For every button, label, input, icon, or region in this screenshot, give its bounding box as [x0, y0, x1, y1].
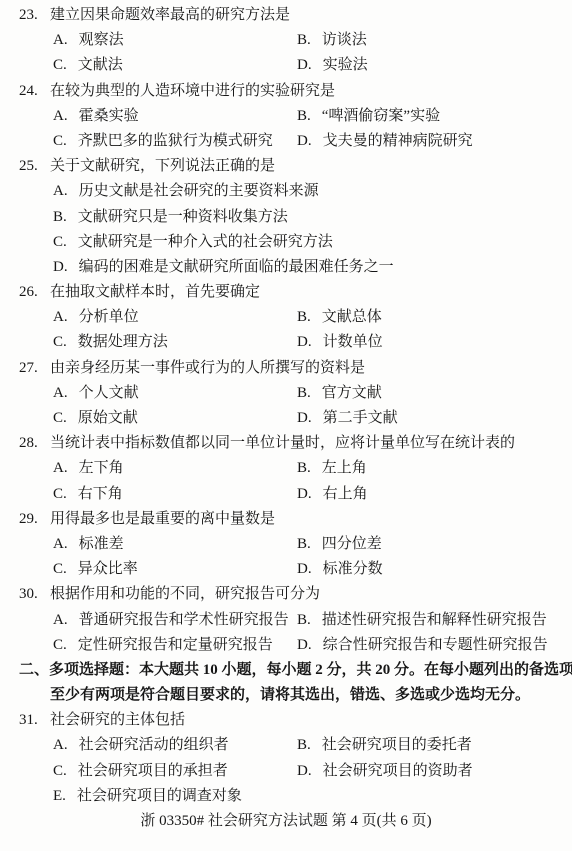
question-stem: 根据作用和功能的不同，研究报告可分为 [50, 582, 320, 607]
option-row: A.左下角 B.左上角 [0, 456, 572, 481]
question-23: 23. 建立因果命题效率最高的研究方法是 A.观察法 B.访谈法 C.文献法 D… [0, 3, 572, 79]
option-text: 右上角 [323, 486, 368, 502]
section-heading-line-2: 至少有两项是符合题目要求的，请将其选出，错选、多选或少选均无分。 [0, 683, 572, 708]
option-a: A.霍桑实验 [53, 104, 139, 129]
option-label: A. [53, 108, 68, 124]
option-b: B.访谈法 [297, 28, 367, 53]
question-stem-row: 25. 关于文献研究，下列说法正确的是 [0, 154, 572, 179]
option-text: 右下角 [78, 486, 123, 502]
option-a: A.个人文献 [53, 381, 139, 406]
option-text: 个人文献 [79, 385, 139, 401]
option-text: 定性研究报告和定量研究报告 [78, 637, 273, 653]
option-row: A.标准差 B.四分位差 [0, 532, 572, 557]
question-number: 25. [19, 154, 38, 179]
option-label: C. [53, 57, 67, 73]
option-text: 文献法 [78, 57, 123, 73]
option-label: B. [297, 612, 311, 628]
question-stem: 由亲身经历某一事件或行为的人所撰写的资料是 [50, 356, 365, 381]
question-stem-row: 23. 建立因果命题效率最高的研究方法是 [0, 3, 572, 28]
option-label: B. [297, 108, 311, 124]
option-text: 左下角 [79, 460, 124, 476]
question-number: 26. [19, 280, 38, 305]
option-text: 计数单位 [323, 334, 383, 350]
option-text: 戈夫曼的精神病院研究 [323, 133, 473, 149]
question-stem: 关于文献研究，下列说法正确的是 [50, 154, 275, 179]
option-text: 标准分数 [323, 561, 383, 577]
option-row: A.普通研究报告和学术性研究报告 B.描述性研究报告和解释性研究报告 [0, 608, 572, 633]
option-text: “啤酒偷窃案”实验 [322, 108, 440, 124]
question-stem-row: 29. 用得最多也是最重要的离中量数是 [0, 507, 572, 532]
option-text: 编码的困难是文献研究所面临的最困难任务之一 [79, 259, 394, 275]
option-row: A.历史文献是社会研究的主要资料来源 [0, 179, 572, 204]
question-stem-row: 30. 根据作用和功能的不同，研究报告可分为 [0, 582, 572, 607]
question-number: 24. [19, 79, 38, 104]
option-text: 访谈法 [322, 32, 367, 48]
option-text: 官方文献 [322, 385, 382, 401]
option-text: 第二手文献 [323, 410, 398, 426]
option-c: C.齐默巴多的监狱行为模式研究 [53, 129, 273, 154]
option-row: A.分析单位 B.文献总体 [0, 305, 572, 330]
option-a: A.历史文献是社会研究的主要资料来源 [53, 179, 319, 204]
option-b: B.左上角 [297, 456, 367, 481]
option-label: B. [297, 385, 311, 401]
option-b: B.官方文献 [297, 381, 382, 406]
option-row: C.文献法 D.实验法 [0, 53, 572, 78]
option-b: B.社会研究项目的委托者 [297, 733, 472, 758]
option-b: B.描述性研究报告和解释性研究报告 [297, 608, 547, 633]
question-stem: 建立因果命题效率最高的研究方法是 [50, 3, 290, 28]
option-label: C. [53, 486, 67, 502]
option-d: D.社会研究项目的资助者 [297, 759, 473, 784]
question-number: 31. [19, 708, 38, 733]
option-label: B. [297, 737, 311, 753]
option-row: A.个人文献 B.官方文献 [0, 381, 572, 406]
question-25: 25. 关于文献研究，下列说法正确的是 A.历史文献是社会研究的主要资料来源 B… [0, 154, 572, 280]
option-text: 社会研究项目的委托者 [322, 737, 472, 753]
option-b: B.文献研究只是一种资料收集方法 [53, 205, 288, 230]
option-b: B.四分位差 [297, 532, 382, 557]
question-stem: 在抽取文献样本时，首先要确定 [50, 280, 260, 305]
option-text: 社会研究项目的调查对象 [77, 788, 242, 804]
option-d: D.计数单位 [297, 330, 383, 355]
option-label: B. [297, 460, 311, 476]
option-label: B. [297, 32, 311, 48]
option-row: A.观察法 B.访谈法 [0, 28, 572, 53]
option-row: A.霍桑实验 B.“啤酒偷窃案”实验 [0, 104, 572, 129]
option-label: C. [53, 637, 67, 653]
option-label: D. [297, 57, 312, 73]
question-stem: 社会研究的主体包括 [50, 708, 185, 733]
option-text: 普通研究报告和学术性研究报告 [79, 612, 289, 628]
option-text: 社会研究项目的承担者 [78, 763, 228, 779]
option-row: C.右下角 D.右上角 [0, 482, 572, 507]
option-text: 分析单位 [79, 309, 139, 325]
option-label: B. [297, 309, 311, 325]
option-label: C. [53, 234, 67, 250]
option-label: A. [53, 460, 68, 476]
option-text: 描述性研究报告和解释性研究报告 [322, 612, 547, 628]
option-row: D.编码的困难是文献研究所面临的最困难任务之一 [0, 255, 572, 280]
option-label: E. [53, 788, 66, 804]
option-text: 霍桑实验 [79, 108, 139, 124]
option-label: C. [53, 410, 67, 426]
question-number: 27. [19, 356, 38, 381]
option-label: C. [53, 763, 67, 779]
question-number: 30. [19, 582, 38, 607]
option-c: C.文献法 [53, 53, 123, 78]
option-label: A. [53, 737, 68, 753]
question-30: 30. 根据作用和功能的不同，研究报告可分为 A.普通研究报告和学术性研究报告 … [0, 582, 572, 658]
option-b: B.“啤酒偷窃案”实验 [297, 104, 440, 129]
option-text: 标准差 [79, 536, 124, 552]
option-text: 历史文献是社会研究的主要资料来源 [79, 183, 319, 199]
option-label: D. [297, 334, 312, 350]
option-label: D. [297, 561, 312, 577]
option-a: A.社会研究活动的组织者 [53, 733, 229, 758]
question-number: 28. [19, 431, 38, 456]
option-label: C. [53, 133, 67, 149]
option-row: C.定性研究报告和定量研究报告 D.综合性研究报告和专题性研究报告 [0, 633, 572, 658]
option-text: 综合性研究报告和专题性研究报告 [323, 637, 548, 653]
question-stem-row: 31. 社会研究的主体包括 [0, 708, 572, 733]
question-number: 23. [19, 3, 38, 28]
question-stem-row: 28. 当统计表中指标数值都以同一单位计量时，应将计量单位写在统计表的 [0, 431, 572, 456]
section-2-heading: 二、多项选择题：本大题共 10 小题，每小题 2 分，共 20 分。在每小题列出… [0, 658, 572, 708]
option-e: E.社会研究项目的调查对象 [53, 784, 242, 809]
option-c: C.文献研究是一种介入式的社会研究方法 [53, 230, 333, 255]
option-c: C.定性研究报告和定量研究报告 [53, 633, 273, 658]
option-text: 文献研究是一种介入式的社会研究方法 [78, 234, 333, 250]
question-31: 31. 社会研究的主体包括 A.社会研究活动的组织者 B.社会研究项目的委托者 … [0, 708, 572, 809]
option-a: A.左下角 [53, 456, 124, 481]
option-label: D. [53, 259, 68, 275]
option-text: 观察法 [79, 32, 124, 48]
option-a: A.分析单位 [53, 305, 139, 330]
option-label: D. [297, 133, 312, 149]
option-text: 数据处理方法 [78, 334, 168, 350]
footer-text: 浙 03350# 社会研究方法试题 第 4 页(共 6 页) [26, 809, 546, 834]
option-d: D.标准分数 [297, 557, 383, 582]
option-text: 文献总体 [322, 309, 382, 325]
option-label: C. [53, 561, 67, 577]
option-d: D.戈夫曼的精神病院研究 [297, 129, 473, 154]
option-d: D.综合性研究报告和专题性研究报告 [297, 633, 548, 658]
option-a: A.标准差 [53, 532, 124, 557]
question-28: 28. 当统计表中指标数值都以同一单位计量时，应将计量单位写在统计表的 A.左下… [0, 431, 572, 507]
option-d: D.右上角 [297, 482, 368, 507]
option-row: C.齐默巴多的监狱行为模式研究 D.戈夫曼的精神病院研究 [0, 129, 572, 154]
option-label: D. [297, 763, 312, 779]
option-row: E.社会研究项目的调查对象 [0, 784, 572, 809]
option-d: D.编码的困难是文献研究所面临的最困难任务之一 [53, 255, 394, 280]
option-b: B.文献总体 [297, 305, 382, 330]
option-text: 原始文献 [78, 410, 138, 426]
question-stem: 在较为典型的人造环境中进行的实验研究是 [50, 79, 335, 104]
option-row: C.异众比率 D.标准分数 [0, 557, 572, 582]
option-label: A. [53, 183, 68, 199]
question-29: 29. 用得最多也是最重要的离中量数是 A.标准差 B.四分位差 C.异众比率 … [0, 507, 572, 583]
question-stem-row: 26. 在抽取文献样本时，首先要确定 [0, 280, 572, 305]
question-24: 24. 在较为典型的人造环境中进行的实验研究是 A.霍桑实验 B.“啤酒偷窃案”… [0, 79, 572, 155]
question-stem-row: 27. 由亲身经历某一事件或行为的人所撰写的资料是 [0, 356, 572, 381]
option-label: D. [297, 637, 312, 653]
option-c: C.异众比率 [53, 557, 138, 582]
option-c: C.数据处理方法 [53, 330, 168, 355]
option-text: 齐默巴多的监狱行为模式研究 [78, 133, 273, 149]
option-d: D.第二手文献 [297, 406, 398, 431]
option-label: D. [297, 486, 312, 502]
option-text: 四分位差 [322, 536, 382, 552]
option-label: A. [53, 32, 68, 48]
option-label: D. [297, 410, 312, 426]
option-text: 社会研究活动的组织者 [79, 737, 229, 753]
option-label: A. [53, 536, 68, 552]
option-row: C.原始文献 D.第二手文献 [0, 406, 572, 431]
page-footer: 浙 03350# 社会研究方法试题 第 4 页(共 6 页) [0, 809, 572, 834]
option-row: C.数据处理方法 D.计数单位 [0, 330, 572, 355]
option-label: A. [53, 309, 68, 325]
exam-page: 23. 建立因果命题效率最高的研究方法是 A.观察法 B.访谈法 C.文献法 D… [0, 0, 572, 851]
question-number: 29. [19, 507, 38, 532]
option-text: 实验法 [323, 57, 368, 73]
option-text: 社会研究项目的资助者 [323, 763, 473, 779]
option-a: A.观察法 [53, 28, 124, 53]
option-c: C.右下角 [53, 482, 123, 507]
option-row: B.文献研究只是一种资料收集方法 [0, 205, 572, 230]
option-a: A.普通研究报告和学术性研究报告 [53, 608, 289, 633]
option-text: 文献研究只是一种资料收集方法 [78, 209, 288, 225]
question-27: 27. 由亲身经历某一事件或行为的人所撰写的资料是 A.个人文献 B.官方文献 … [0, 356, 572, 432]
question-stem: 用得最多也是最重要的离中量数是 [50, 507, 275, 532]
option-c: C.原始文献 [53, 406, 138, 431]
option-label: C. [53, 334, 67, 350]
option-text: 左上角 [322, 460, 367, 476]
option-row: A.社会研究活动的组织者 B.社会研究项目的委托者 [0, 733, 572, 758]
section-heading-line-1: 二、多项选择题：本大题共 10 小题，每小题 2 分，共 20 分。在每小题列出… [0, 658, 572, 683]
option-label: B. [297, 536, 311, 552]
option-label: A. [53, 385, 68, 401]
option-text: 异众比率 [78, 561, 138, 577]
option-d: D.实验法 [297, 53, 368, 78]
question-26: 26. 在抽取文献样本时，首先要确定 A.分析单位 B.文献总体 C.数据处理方… [0, 280, 572, 356]
option-c: C.社会研究项目的承担者 [53, 759, 228, 784]
option-row: C.社会研究项目的承担者 D.社会研究项目的资助者 [0, 759, 572, 784]
question-stem-row: 24. 在较为典型的人造环境中进行的实验研究是 [0, 79, 572, 104]
option-row: C.文献研究是一种介入式的社会研究方法 [0, 230, 572, 255]
question-stem: 当统计表中指标数值都以同一单位计量时，应将计量单位写在统计表的 [50, 431, 515, 456]
option-label: B. [53, 209, 67, 225]
option-label: A. [53, 612, 68, 628]
